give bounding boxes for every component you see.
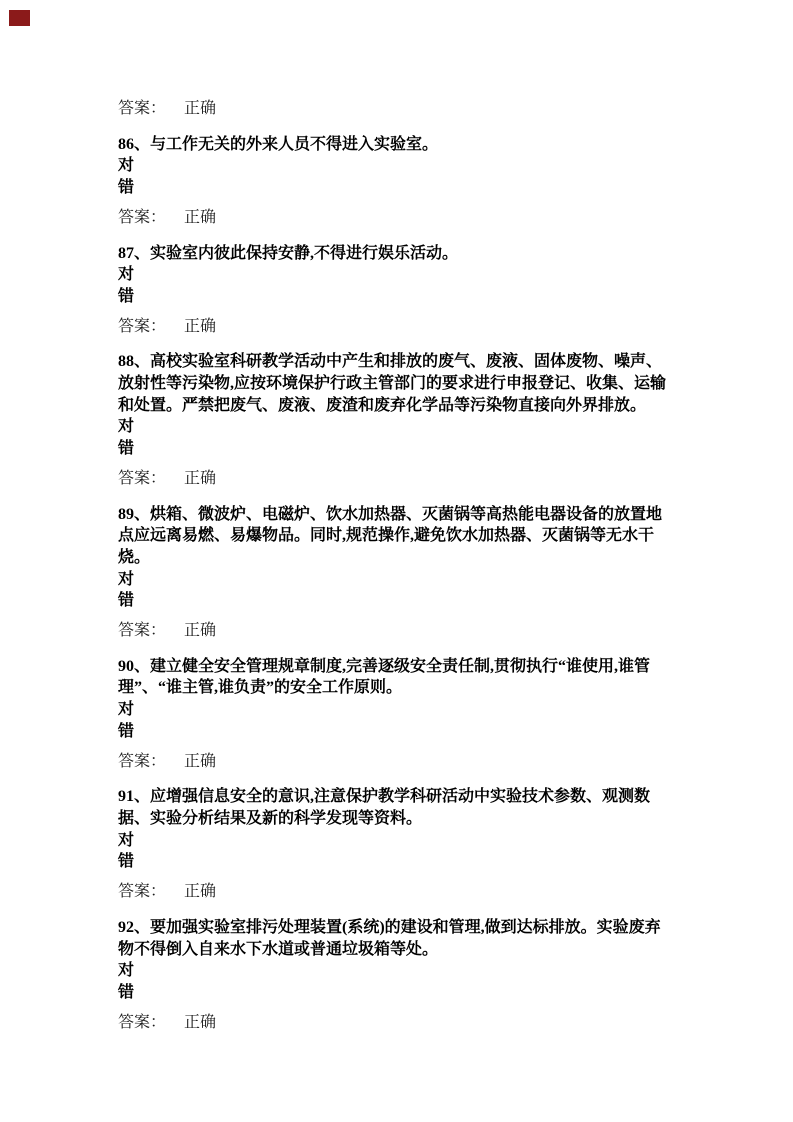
question-text: 88、高校实验室科研教学活动中产生和排放的废气、废液、固体废物、噪声、放射性等污… xyxy=(118,351,678,416)
option-true[interactable]: 对 xyxy=(118,569,134,591)
question-text-line: 89、烘箱、微波炉、电磁炉、饮水加热器、灭菌锅等高热能电器设备的放置地 xyxy=(118,504,678,526)
question-block: 90、建立健全安全管理规章制度,完善逐级安全责任制,贯彻执行“谁使用,谁管理”、… xyxy=(118,656,678,773)
answer-label: 答案： xyxy=(118,470,166,487)
quiz-page: { "page": { "marker_color": "#8b1a1a", "… xyxy=(0,0,793,1122)
answer-value: 正确 xyxy=(184,622,216,639)
question-text-line: 据、实验分析结果及新的科学发现等资料。 xyxy=(118,808,678,830)
question-text: 90、建立健全安全管理规章制度,完善逐级安全责任制,贯彻执行“谁使用,谁管理”、… xyxy=(118,656,678,699)
question-text: 92、要加强实验室排污处理装置(系统)的建设和管理,做到达标排放。实验废弃物不得… xyxy=(118,917,678,960)
answer-label: 答案： xyxy=(118,883,166,900)
answer-label: 答案： xyxy=(118,753,166,770)
answer-line: 答案：正确 xyxy=(118,751,678,773)
answer-value: 正确 xyxy=(184,883,216,900)
answer-line: 答案：正确 xyxy=(118,881,678,903)
option-true[interactable]: 对 xyxy=(118,960,134,982)
option-false[interactable]: 错 xyxy=(118,286,134,308)
question-text-line: 88、高校实验室科研教学活动中产生和排放的废气、废液、固体废物、噪声、 xyxy=(118,351,678,373)
question-block: 88、高校实验室科研教学活动中产生和排放的废气、废液、固体废物、噪声、放射性等污… xyxy=(118,351,678,489)
question-block: 86、与工作无关的外来人员不得进入实验室。 对 错 答案：正确 xyxy=(118,134,678,229)
option-false[interactable]: 错 xyxy=(118,982,134,1004)
missing-image-placeholder xyxy=(9,10,30,26)
option-false[interactable]: 错 xyxy=(118,721,134,743)
option-false[interactable]: 错 xyxy=(118,438,134,460)
question-text-line: 烧。 xyxy=(118,547,678,569)
question-text-line: 点应远离易燃、易爆物品。同时,规范操作,避免饮水加热器、灭菌锅等无水干 xyxy=(118,525,678,547)
answer-value: 正确 xyxy=(184,470,216,487)
question-text-line: 90、建立健全安全管理规章制度,完善逐级安全责任制,贯彻执行“谁使用,谁管 xyxy=(118,656,678,678)
answer-value: 正确 xyxy=(184,318,216,335)
question-text: 87、实验室内彼此保持安静,不得进行娱乐活动。 xyxy=(118,243,678,265)
question-text-line: 放射性等污染物,应按环境保护行政主管部门的要求进行申报登记、收集、运输 xyxy=(118,373,678,395)
question-block: 89、烘箱、微波炉、电磁炉、饮水加热器、灭菌锅等高热能电器设备的放置地点应远离易… xyxy=(118,504,678,642)
option-true[interactable]: 对 xyxy=(118,155,134,177)
answer-value: 正确 xyxy=(184,753,216,770)
option-true[interactable]: 对 xyxy=(118,264,134,286)
answer-line: 答案：正确 xyxy=(118,316,678,338)
question-text-line: 物不得倒入自来水下水道或普通垃圾箱等处。 xyxy=(118,939,678,961)
question-text-line: 91、应增强信息安全的意识,注意保护教学科研活动中实验技术参数、观测数 xyxy=(118,786,678,808)
answer-value: 正确 xyxy=(184,100,216,117)
question-text-line: 86、与工作无关的外来人员不得进入实验室。 xyxy=(118,134,678,156)
answer-label: 答案： xyxy=(118,100,166,117)
option-true[interactable]: 对 xyxy=(118,699,134,721)
question-list: 86、与工作无关的外来人员不得进入实验室。 对 错 答案：正确 87、实验室内彼… xyxy=(118,134,678,1034)
answer-line: 答案：正确 xyxy=(118,1012,678,1034)
question-text-line: 87、实验室内彼此保持安静,不得进行娱乐活动。 xyxy=(118,243,678,265)
answer-label: 答案： xyxy=(118,209,166,226)
question-text-line: 和处置。严禁把废气、废液、废渣和废弃化学品等污染物直接向外界排放。 xyxy=(118,395,678,417)
answer-line: 答案：正确 xyxy=(118,468,678,490)
answer-value: 正确 xyxy=(184,1014,216,1031)
option-true[interactable]: 对 xyxy=(118,416,134,438)
question-block: 91、应增强信息安全的意识,注意保护教学科研活动中实验技术参数、观测数据、实验分… xyxy=(118,786,678,903)
option-false[interactable]: 错 xyxy=(118,177,134,199)
answer-value: 正确 xyxy=(184,209,216,226)
answer-line: 答案：正确 xyxy=(118,98,678,120)
quiz-content: 答案：正确 86、与工作无关的外来人员不得进入实验室。 对 错 答案：正确 87… xyxy=(118,90,678,1047)
option-false[interactable]: 错 xyxy=(118,851,134,873)
answer-line: 答案：正确 xyxy=(118,620,678,642)
answer-label: 答案： xyxy=(118,318,166,335)
question-text: 86、与工作无关的外来人员不得进入实验室。 xyxy=(118,134,678,156)
question-text-line: 理”、“谁主管,谁负责”的安全工作原则。 xyxy=(118,677,678,699)
question-text: 91、应增强信息安全的意识,注意保护教学科研活动中实验技术参数、观测数据、实验分… xyxy=(118,786,678,829)
answer-label: 答案： xyxy=(118,1014,166,1031)
question-block: 87、实验室内彼此保持安静,不得进行娱乐活动。 对 错 答案：正确 xyxy=(118,243,678,338)
question-block: 92、要加强实验室排污处理装置(系统)的建设和管理,做到达标排放。实验废弃物不得… xyxy=(118,917,678,1034)
answer-label: 答案： xyxy=(118,622,166,639)
answer-line: 答案：正确 xyxy=(118,207,678,229)
question-text: 89、烘箱、微波炉、电磁炉、饮水加热器、灭菌锅等高热能电器设备的放置地点应远离易… xyxy=(118,504,678,569)
question-text-line: 92、要加强实验室排污处理装置(系统)的建设和管理,做到达标排放。实验废弃 xyxy=(118,917,678,939)
option-false[interactable]: 错 xyxy=(118,590,134,612)
option-true[interactable]: 对 xyxy=(118,830,134,852)
